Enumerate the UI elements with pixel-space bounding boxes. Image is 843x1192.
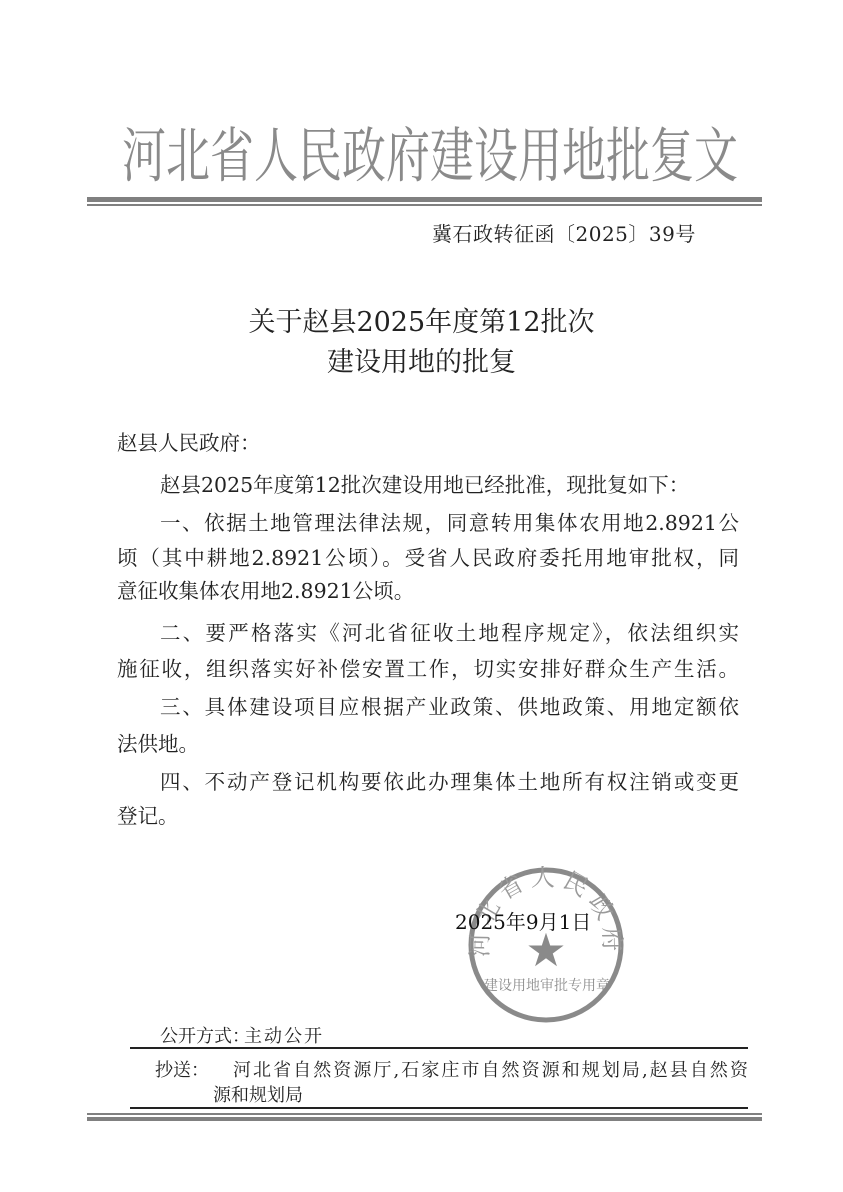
header-char: 河 bbox=[122, 108, 166, 194]
body-line: 二、要严格落实《河北省征收土地程序规定》，依法组织实 bbox=[160, 616, 739, 644]
footer-bottom-divider bbox=[130, 1107, 748, 1109]
disclosure-value: 主动公开 bbox=[244, 1022, 324, 1048]
header-char: 地 bbox=[562, 108, 606, 194]
footer-divider bbox=[130, 1047, 748, 1049]
body-line: 法供地。 bbox=[117, 727, 739, 755]
header-char: 设 bbox=[474, 108, 518, 194]
footer-thin-rule bbox=[87, 1113, 762, 1115]
signature-date: 2025年9月1日 bbox=[455, 906, 591, 935]
official-seal-icon: 河北省人民政府 ★ 建设用地审批专用章 bbox=[467, 866, 625, 1024]
body-line: 施征收，组织落实好补偿安置工作，切实安排好群众生产生活。 bbox=[117, 652, 739, 680]
header-char: 文 bbox=[694, 108, 738, 194]
header-char: 北 bbox=[166, 108, 210, 194]
seal-bottom-text: 建设用地审批专用章 bbox=[484, 977, 610, 994]
cc-line-1: 河北省自然资源厅,石家庄市自然资源和规划局,赵县自然资 bbox=[233, 1056, 748, 1082]
disclosure-label: 公开方式： bbox=[160, 1022, 250, 1048]
body-line: 一、依据土地管理法律法规，同意转用集体农用地2.8921公 bbox=[160, 506, 739, 534]
header-thin-rule bbox=[87, 204, 762, 206]
header-char: 复 bbox=[650, 108, 694, 194]
document-number: 冀石政转征函〔2025〕39号 bbox=[432, 218, 696, 247]
header-char: 府 bbox=[386, 108, 430, 194]
body-line: 顷（其中耕地2.8921公顷）。受省人民政府委托用地审批权，同 bbox=[117, 541, 739, 569]
header-char: 建 bbox=[430, 108, 474, 194]
body-line: 意征收集体农用地2.8921公顷。 bbox=[117, 574, 739, 602]
cc-label: 抄送： bbox=[155, 1056, 209, 1082]
header-char: 民 bbox=[298, 108, 342, 194]
header-char: 政 bbox=[342, 108, 386, 194]
body-line: 四、不动产登记机构要依此办理集体土地所有权注销或变更 bbox=[160, 765, 739, 793]
header-char: 用 bbox=[518, 108, 562, 194]
header-char: 省 bbox=[210, 108, 254, 194]
header-char: 人 bbox=[254, 108, 298, 194]
cc-line-2: 源和规划局 bbox=[213, 1081, 303, 1107]
addressee: 赵县人民政府： bbox=[117, 426, 739, 454]
header-char: 批 bbox=[606, 108, 650, 194]
body-line: 赵县2025年度第12批次建设用地已经批准，现批复如下： bbox=[160, 468, 739, 496]
subject-line-1: 关于赵县2025年度第12批次 bbox=[0, 300, 843, 339]
document-header-title: 河 北 省 人 民 政 府 建 设 用 地 批 复 文 bbox=[122, 118, 728, 184]
body-line: 三、具体建设项目应根据产业政策、供地政策、用地定额依 bbox=[160, 690, 739, 718]
footer-thick-rule bbox=[87, 1117, 762, 1121]
header-thick-rule bbox=[87, 197, 762, 202]
subject-line-2: 建设用地的批复 bbox=[0, 340, 843, 379]
body-line: 登记。 bbox=[117, 799, 739, 827]
